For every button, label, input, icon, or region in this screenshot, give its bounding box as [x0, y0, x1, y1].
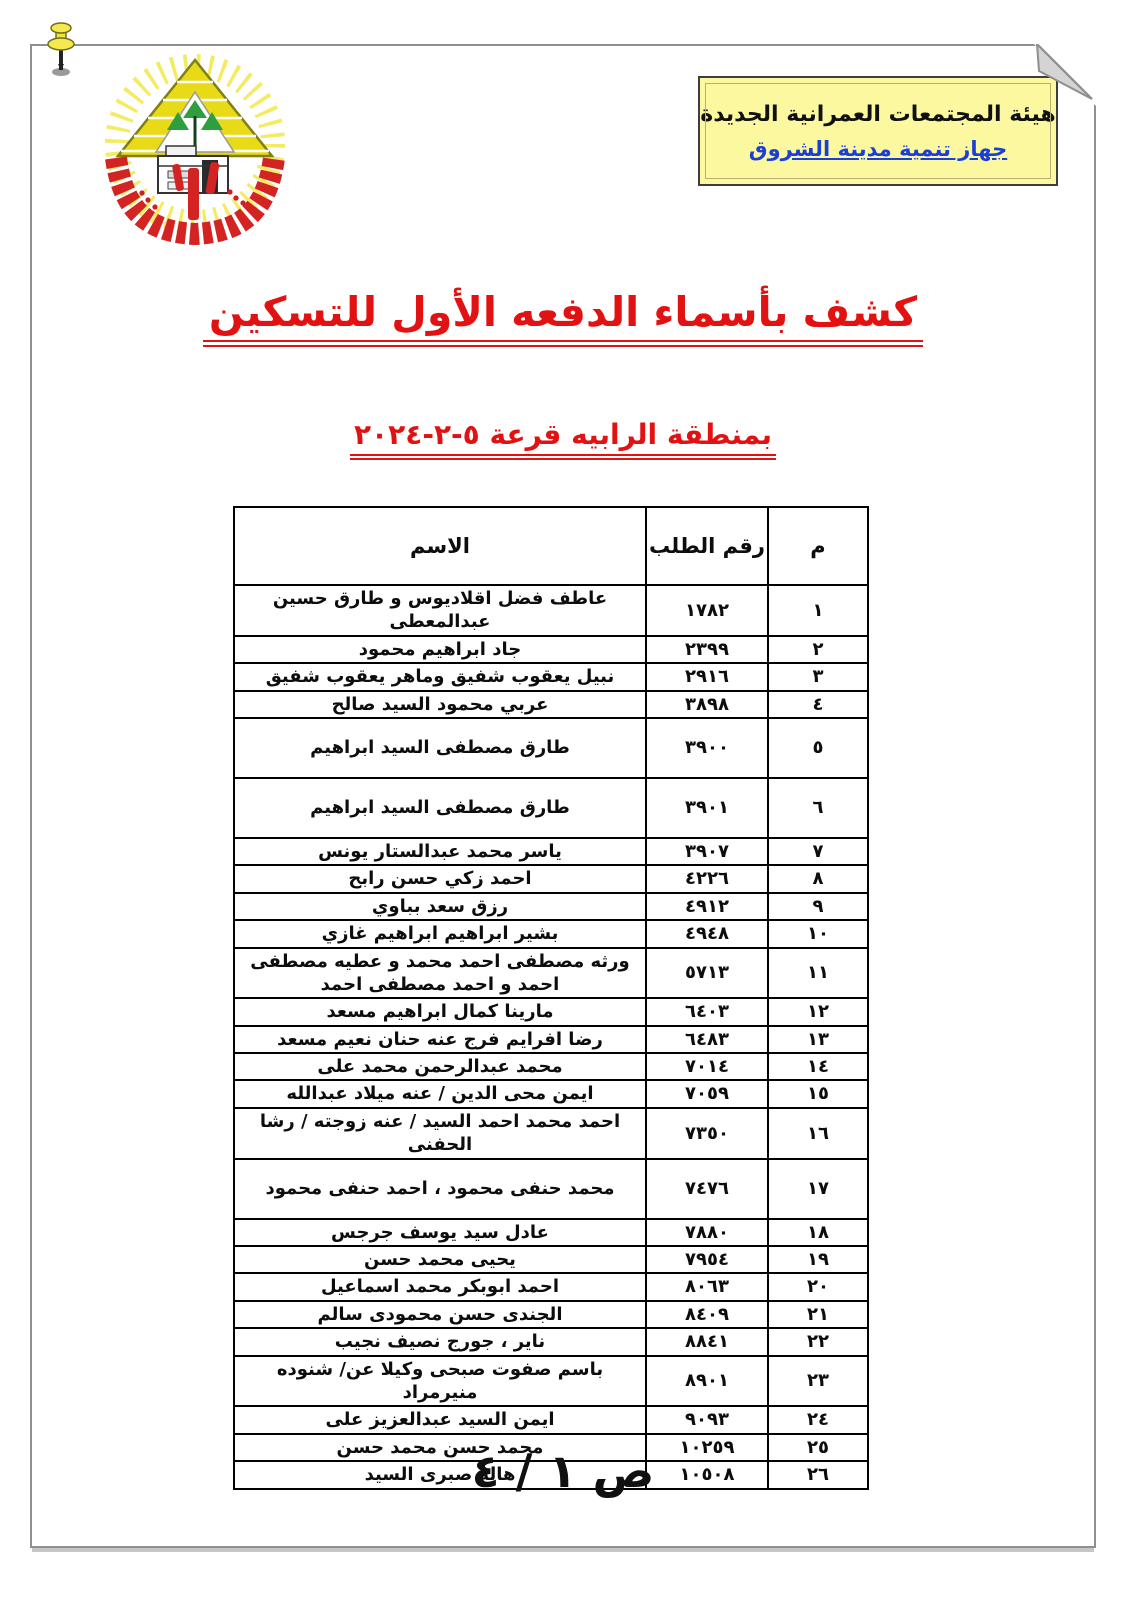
row-request-no: ١٧٨٢: [646, 585, 768, 636]
table-header: م رقم الطلب الاسم: [234, 507, 868, 585]
row-request-no: ٧٠٥٩: [646, 1080, 768, 1107]
table-row: ١٧٧٤٧٦محمد حنفى محمود ، احمد حنفى محمود: [234, 1159, 868, 1219]
page-number: ص ١ / ٤: [32, 1444, 1094, 1498]
row-index: ١٠: [768, 920, 868, 947]
table-row: ١٥٧٠٥٩ايمن محى الدين / عنه ميلاد عبدالله: [234, 1080, 868, 1107]
table-row: ١٣٦٤٨٣رضا افرايم فرج عنه حنان نعيم مسعد: [234, 1026, 868, 1053]
table-row: ١١٥٧١٣ورثه مصطفى احمد محمد و عطيه مصطفى …: [234, 948, 868, 999]
table-row: ٢٢٣٩٩جاد ابراهيم محمود: [234, 636, 868, 663]
row-index: ١٣: [768, 1026, 868, 1053]
row-name: جاد ابراهيم محمود: [234, 636, 646, 663]
row-index: ٣: [768, 663, 868, 690]
row-request-no: ٥٧١٣: [646, 948, 768, 999]
col-header-name: الاسم: [234, 507, 646, 585]
row-request-no: ٨٤٠٩: [646, 1301, 768, 1328]
row-index: ١٢: [768, 998, 868, 1025]
row-name: احمد محمد احمد السيد / عنه زوجته / رشا ا…: [234, 1108, 646, 1159]
row-name: احمد زكي حسن رابح: [234, 865, 646, 892]
row-index: ١١: [768, 948, 868, 999]
row-index: ٩: [768, 893, 868, 920]
row-name: باسم صفوت صبحى وكيلا عن/ شنوده منيرمراد: [234, 1356, 646, 1407]
table-row: ٢٤٩٠٩٣ايمن السيد عبدالعزيز على: [234, 1406, 868, 1433]
row-name: احمد ابوبكر محمد اسماعيل: [234, 1273, 646, 1300]
table-row: ١١٧٨٢عاطف فضل اقلاديوس و طارق حسين عبدال…: [234, 585, 868, 636]
row-request-no: ٨٠٦٣: [646, 1273, 768, 1300]
table-row: ٢١٨٤٠٩الجندى حسن محمودى سالم: [234, 1301, 868, 1328]
row-index: ٢٠: [768, 1273, 868, 1300]
row-name: يحيى محمد حسن: [234, 1246, 646, 1273]
table-row: ٩٤٩١٢رزق سعد بباوي: [234, 893, 868, 920]
row-name: ورثه مصطفى احمد محمد و عطيه مصطفى احمد و…: [234, 948, 646, 999]
row-index: ٥: [768, 718, 868, 778]
row-index: ١: [768, 585, 868, 636]
row-index: ١٤: [768, 1053, 868, 1080]
table-row: ١٦٧٣٥٠احمد محمد احمد السيد / عنه زوجته /…: [234, 1108, 868, 1159]
letterhead-box: هيئة المجتمعات العمرانية الجديدة جهاز تن…: [698, 76, 1058, 186]
row-name: رضا افرايم فرج عنه حنان نعيم مسعد: [234, 1026, 646, 1053]
row-name: مارينا كمال ابراهيم مسعد: [234, 998, 646, 1025]
row-name: ناير ، جورج نصيف نجيب: [234, 1328, 646, 1355]
row-index: ٨: [768, 865, 868, 892]
authority-name: هيئة المجتمعات العمرانية الجديدة: [700, 102, 1056, 127]
table-body: ١١٧٨٢عاطف فضل اقلاديوس و طارق حسين عبدال…: [234, 585, 868, 1489]
row-name: نبيل يعقوب شفيق وماهر يعقوب شفيق: [234, 663, 646, 690]
row-name: الجندى حسن محمودى سالم: [234, 1301, 646, 1328]
row-request-no: ٦٤٠٣: [646, 998, 768, 1025]
row-name: طارق مصطفى السيد ابراهيم: [234, 718, 646, 778]
pushpin-icon: [40, 20, 82, 88]
col-header-index: م: [768, 507, 868, 585]
row-index: ٢: [768, 636, 868, 663]
row-request-no: ٨٩٠١: [646, 1356, 768, 1407]
table-row: ١٢٦٤٠٣مارينا كمال ابراهيم مسعد: [234, 998, 868, 1025]
row-name: ياسر محمد عبدالستار يونس: [234, 838, 646, 865]
table-row: ١٤٧٠١٤محمد عبدالرحمن محمد على: [234, 1053, 868, 1080]
row-name: عاطف فضل اقلاديوس و طارق حسين عبدالمعطى: [234, 585, 646, 636]
row-name: بشير ابراهيم ابراهيم غازي: [234, 920, 646, 947]
row-name: محمد حنفى محمود ، احمد حنفى محمود: [234, 1159, 646, 1219]
col-header-request-no: رقم الطلب: [646, 507, 768, 585]
row-request-no: ٧٠١٤: [646, 1053, 768, 1080]
table-row: ٧٣٩٠٧ياسر محمد عبدالستار يونس: [234, 838, 868, 865]
table-row: ١٠٤٩٤٨بشير ابراهيم ابراهيم غازي: [234, 920, 868, 947]
row-index: ١٦: [768, 1108, 868, 1159]
row-request-no: ٣٩٠١: [646, 778, 768, 838]
table-row: ٤٣٨٩٨عربي محمود السيد صالح: [234, 691, 868, 718]
row-name: ايمن محى الدين / عنه ميلاد عبدالله: [234, 1080, 646, 1107]
row-index: ٢٤: [768, 1406, 868, 1433]
row-request-no: ٤٢٢٦: [646, 865, 768, 892]
row-name: محمد عبدالرحمن محمد على: [234, 1053, 646, 1080]
row-index: ١٨: [768, 1219, 868, 1246]
row-request-no: ٧٣٥٠: [646, 1108, 768, 1159]
row-request-no: ٣٨٩٨: [646, 691, 768, 718]
table-row: ٥٣٩٠٠طارق مصطفى السيد ابراهيم: [234, 718, 868, 778]
row-request-no: ٣٩٠٠: [646, 718, 768, 778]
row-request-no: ٦٤٨٣: [646, 1026, 768, 1053]
row-request-no: ٨٨٤١: [646, 1328, 768, 1355]
table-row: ٢٠٨٠٦٣احمد ابوبكر محمد اسماعيل: [234, 1273, 868, 1300]
table-row: ١٨٧٨٨٠عادل سيد يوسف جرجس: [234, 1219, 868, 1246]
row-index: ٦: [768, 778, 868, 838]
row-index: ١٧: [768, 1159, 868, 1219]
document-subtitle: بمنطقة الرابيه قرعة ٥-٢-٢٠٢٤: [32, 418, 1094, 460]
housing-roster-table: م رقم الطلب الاسم ١١٧٨٢عاطف فضل اقلاديوس…: [233, 506, 869, 1490]
row-request-no: ٧٤٧٦: [646, 1159, 768, 1219]
row-request-no: ٤٩١٢: [646, 893, 768, 920]
row-request-no: ٧٩٥٤: [646, 1246, 768, 1273]
agency-name-link[interactable]: جهاز تنمية مدينة الشروق: [749, 137, 1007, 161]
row-index: ١٥: [768, 1080, 868, 1107]
table-row: ٢٣٨٩٠١باسم صفوت صبحى وكيلا عن/ شنوده مني…: [234, 1356, 868, 1407]
row-index: ٢٢: [768, 1328, 868, 1355]
document-title: كشف بأسماء الدفعه الأول للتسكين: [32, 288, 1094, 347]
row-index: ٤: [768, 691, 868, 718]
table-row: ٣٢٩١٦نبيل يعقوب شفيق وماهر يعقوب شفيق: [234, 663, 868, 690]
table-row: ٢٢٨٨٤١ناير ، جورج نصيف نجيب: [234, 1328, 868, 1355]
row-name: طارق مصطفى السيد ابراهيم: [234, 778, 646, 838]
shorouk-city-logo: [90, 50, 300, 246]
document-page: هيئة المجتمعات العمرانية الجديدة جهاز تن…: [30, 44, 1096, 1548]
row-index: ٧: [768, 838, 868, 865]
row-request-no: ٣٩٠٧: [646, 838, 768, 865]
table-row: ٦٣٩٠١طارق مصطفى السيد ابراهيم: [234, 778, 868, 838]
table-row: ١٩٧٩٥٤يحيى محمد حسن: [234, 1246, 868, 1273]
row-name: عادل سيد يوسف جرجس: [234, 1219, 646, 1246]
row-request-no: ٤٩٤٨: [646, 920, 768, 947]
row-request-no: ٢٣٩٩: [646, 636, 768, 663]
row-index: ٢١: [768, 1301, 868, 1328]
row-index: ١٩: [768, 1246, 868, 1273]
row-name: رزق سعد بباوي: [234, 893, 646, 920]
row-request-no: ٧٨٨٠: [646, 1219, 768, 1246]
row-name: عربي محمود السيد صالح: [234, 691, 646, 718]
table-row: ٨٤٢٢٦احمد زكي حسن رابح: [234, 865, 868, 892]
row-request-no: ٩٠٩٣: [646, 1406, 768, 1433]
row-index: ٢٣: [768, 1356, 868, 1407]
folded-corner-icon: [1034, 44, 1096, 106]
row-request-no: ٢٩١٦: [646, 663, 768, 690]
row-name: ايمن السيد عبدالعزيز على: [234, 1406, 646, 1433]
